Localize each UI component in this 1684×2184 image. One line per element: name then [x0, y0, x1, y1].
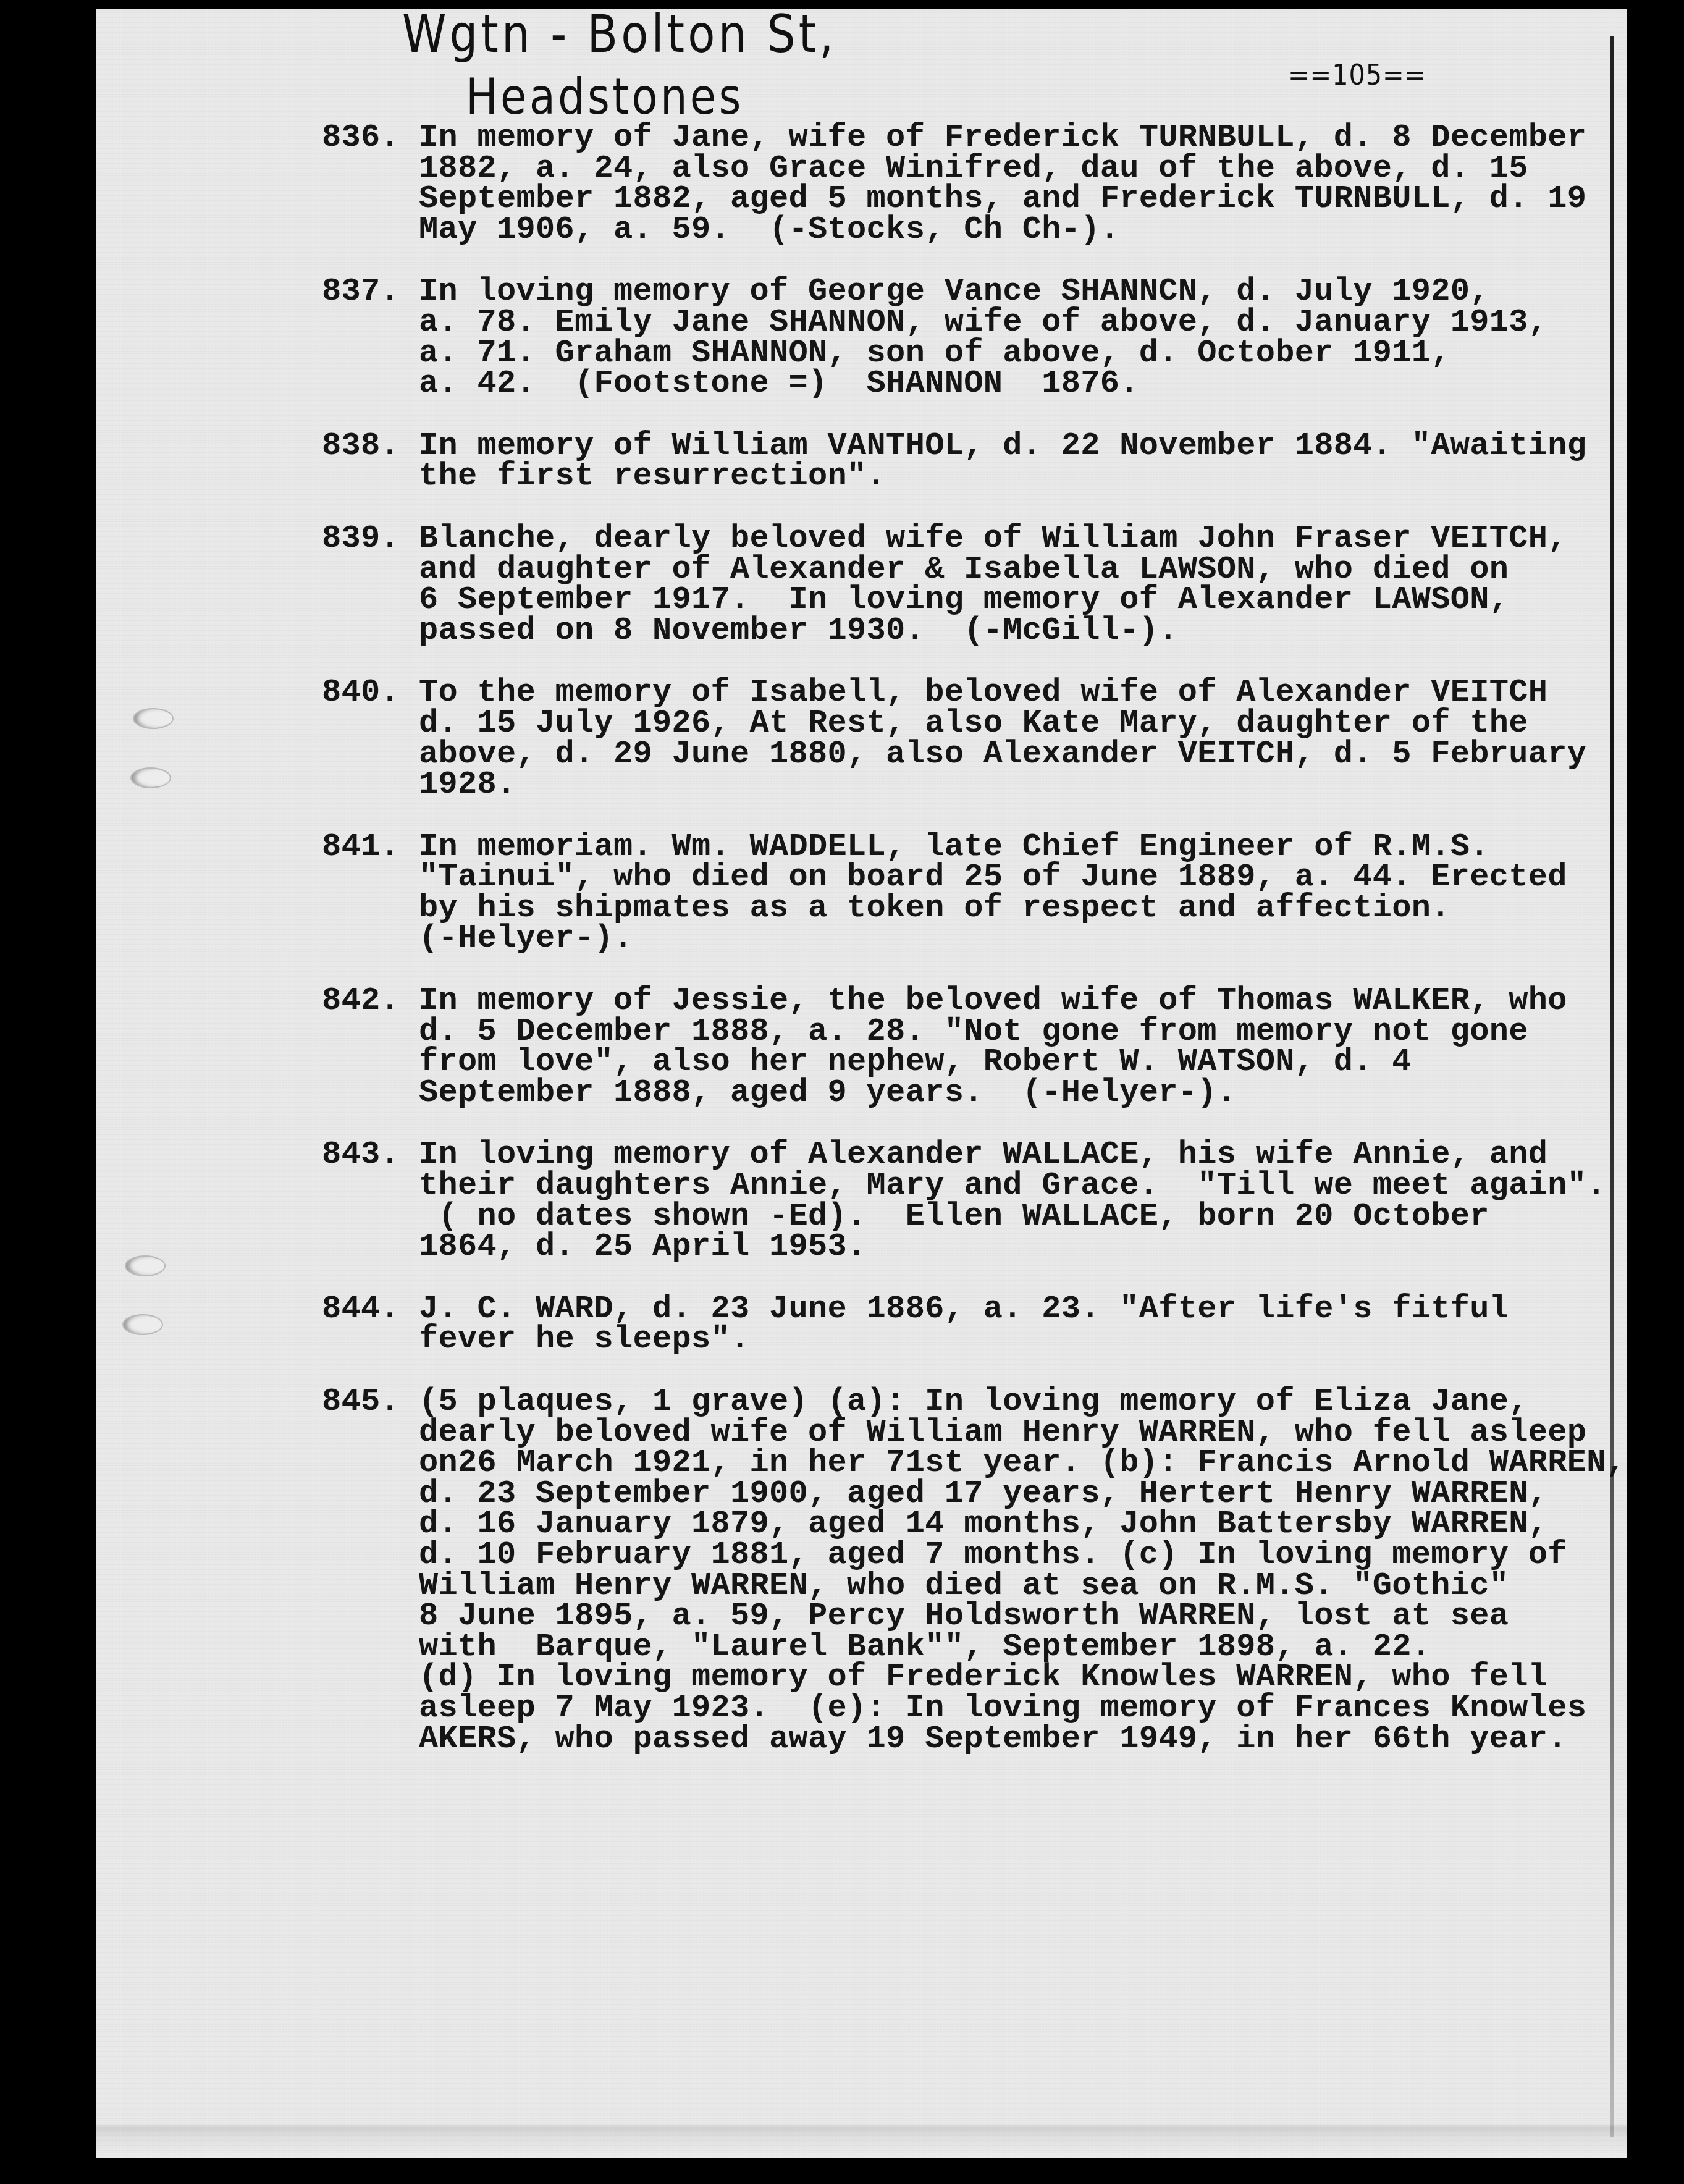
entry-line: J. C. WARD, d. 23 June 1886, a. 23. "Aft…	[419, 1294, 1619, 1325]
entry-number: 840.	[322, 677, 400, 708]
entry-text: In memory of Jane, wife of Frederick TUR…	[419, 122, 1619, 245]
entry-number: 836.	[322, 122, 400, 153]
document-page: Wgtn - Bolton St, Headstones ==105== 836…	[96, 9, 1627, 2158]
entry-line: 8 June 1895, a. 59, Percy Holdsworth WAR…	[419, 1601, 1619, 1632]
entry-number: 838.	[322, 431, 400, 462]
entry-number: 844.	[322, 1294, 400, 1325]
headstone-entry: 845. (5 plaques, 1 grave) (a): In loving…	[322, 1386, 1619, 1754]
entry-line: and daughter of Alexander & Isabella LAW…	[419, 554, 1619, 585]
entry-line: William Henry WARREN, who died at sea on…	[419, 1571, 1619, 1601]
entry-line: from love", also her nephew, Robert W. W…	[419, 1047, 1619, 1077]
document-subtitle: Headstones	[466, 68, 744, 125]
page-bottom-shadow	[96, 2123, 1627, 2158]
entry-line: 1864, d. 25 April 1953.	[419, 1231, 1619, 1262]
headstone-entry: 836. In memory of Jane, wife of Frederic…	[322, 122, 1619, 245]
headstone-entries-list: 836. In memory of Jane, wife of Frederic…	[322, 122, 1619, 1786]
entry-line: In memory of Jessie, the beloved wife of…	[419, 985, 1619, 1016]
entry-line: (-Helyer-).	[419, 923, 1619, 954]
punch-hole	[133, 708, 174, 729]
headstone-entry: 844. J. C. WARD, d. 23 June 1886, a. 23.…	[322, 1294, 1619, 1355]
entry-line: (5 plaques, 1 grave) (a): In loving memo…	[419, 1386, 1619, 1417]
entry-number: 837.	[322, 276, 400, 307]
entry-line: In memoriam. Wm. WADDELL, late Chief Eng…	[419, 832, 1619, 862]
entry-line: with Barque, "Laurel Bank"", September 1…	[419, 1632, 1619, 1663]
entry-line: Blanche, dearly beloved wife of William …	[419, 523, 1619, 554]
entry-number: 843.	[322, 1139, 400, 1170]
entry-line: the first resurrection".	[419, 461, 1619, 492]
headstone-entry: 837. In loving memory of George Vance SH…	[322, 276, 1619, 398]
document-title: Wgtn - Bolton St,	[402, 4, 836, 64]
headstone-entry: 839. Blanche, dearly beloved wife of Wil…	[322, 523, 1619, 646]
entry-line: 6 September 1917. In loving memory of Al…	[419, 584, 1619, 615]
entry-number: 845.	[322, 1386, 400, 1417]
entry-line: asleep 7 May 1923. (e): In loving memory…	[419, 1693, 1619, 1724]
entry-line: September 1882, aged 5 months, and Frede…	[419, 183, 1619, 214]
headstone-entry: 842. In memory of Jessie, the beloved wi…	[322, 985, 1619, 1108]
entry-line: May 1906, a. 59. (-Stocks, Ch Ch-).	[419, 214, 1619, 245]
entry-line: d. 23 September 1900, aged 17 years, Her…	[419, 1478, 1619, 1509]
entry-line: d. 5 December 1888, a. 28. "Not gone fro…	[419, 1016, 1619, 1047]
entry-line: 1928.	[419, 769, 1619, 800]
entry-text: J. C. WARD, d. 23 June 1886, a. 23. "Aft…	[419, 1294, 1619, 1355]
entry-line: d. 16 January 1879, aged 14 months, John…	[419, 1509, 1619, 1540]
entry-line: "Tainui", who died on board 25 of June 1…	[419, 862, 1619, 893]
entry-line: passed on 8 November 1930. (-McGill-).	[419, 615, 1619, 646]
entry-text: In memory of William VANTHOL, d. 22 Nove…	[419, 431, 1619, 492]
headstone-entry: 838. In memory of William VANTHOL, d. 22…	[322, 431, 1619, 492]
headstone-entry: 841. In memoriam. Wm. WADDELL, late Chie…	[322, 832, 1619, 954]
entry-line: by his shipmates as a token of respect a…	[419, 893, 1619, 924]
entry-line: a. 71. Graham SHANNON, son of above, d. …	[419, 338, 1619, 369]
entry-line: In loving memory of Alexander WALLACE, h…	[419, 1139, 1619, 1170]
entry-number: 841.	[322, 832, 400, 862]
entry-number: 842.	[322, 985, 400, 1016]
entry-text: In memoriam. Wm. WADDELL, late Chief Eng…	[419, 832, 1619, 954]
entry-line: ( no dates shown -Ed). Ellen WALLACE, bo…	[419, 1201, 1619, 1232]
entry-line: In memory of William VANTHOL, d. 22 Nove…	[419, 431, 1619, 462]
entry-line: September 1888, aged 9 years. (-Helyer-)…	[419, 1077, 1619, 1108]
entry-line: a. 42. (Footstone =) SHANNON 1876.	[419, 368, 1619, 399]
entry-line: d. 10 February 1881, aged 7 months. (c) …	[419, 1540, 1619, 1571]
entry-line: 1882, a. 24, also Grace Winifred, dau of…	[419, 153, 1619, 184]
punch-hole	[130, 767, 171, 788]
entry-line: d. 15 July 1926, At Rest, also Kate Mary…	[419, 708, 1619, 739]
entry-text: In loving memory of George Vance SHANNCN…	[419, 276, 1619, 398]
entry-text: To the memory of Isabell, beloved wife o…	[419, 677, 1619, 799]
entry-line: In memory of Jane, wife of Frederick TUR…	[419, 122, 1619, 153]
entry-text: In memory of Jessie, the beloved wife of…	[419, 985, 1619, 1108]
entry-line: on26 March 1921, in her 71st year. (b): …	[419, 1448, 1619, 1478]
entry-line: AKERS, who passed away 19 September 1949…	[419, 1724, 1619, 1755]
entry-line: (d) In loving memory of Frederick Knowle…	[419, 1662, 1619, 1693]
entry-line: To the memory of Isabell, beloved wife o…	[419, 677, 1619, 708]
entry-text: Blanche, dearly beloved wife of William …	[419, 523, 1619, 646]
entry-text: In loving memory of Alexander WALLACE, h…	[419, 1139, 1619, 1262]
entry-text: (5 plaques, 1 grave) (a): In loving memo…	[419, 1386, 1619, 1754]
entry-line: a. 78. Emily Jane SHANNON, wife of above…	[419, 307, 1619, 338]
headstone-entry: 843. In loving memory of Alexander WALLA…	[322, 1139, 1619, 1262]
entry-line: dearly beloved wife of William Henry WAR…	[419, 1417, 1619, 1448]
entry-line: fever he sleeps".	[419, 1324, 1619, 1355]
entry-line: In loving memory of George Vance SHANNCN…	[419, 276, 1619, 307]
entry-number: 839.	[322, 523, 400, 554]
entry-line: above, d. 29 June 1880, also Alexander V…	[419, 739, 1619, 770]
entry-line: their daughters Annie, Mary and Grace. "…	[419, 1170, 1619, 1201]
page-number: ==105==	[1288, 58, 1426, 91]
punch-hole	[122, 1314, 163, 1335]
headstone-entry: 840. To the memory of Isabell, beloved w…	[322, 677, 1619, 799]
punch-hole	[125, 1255, 166, 1276]
